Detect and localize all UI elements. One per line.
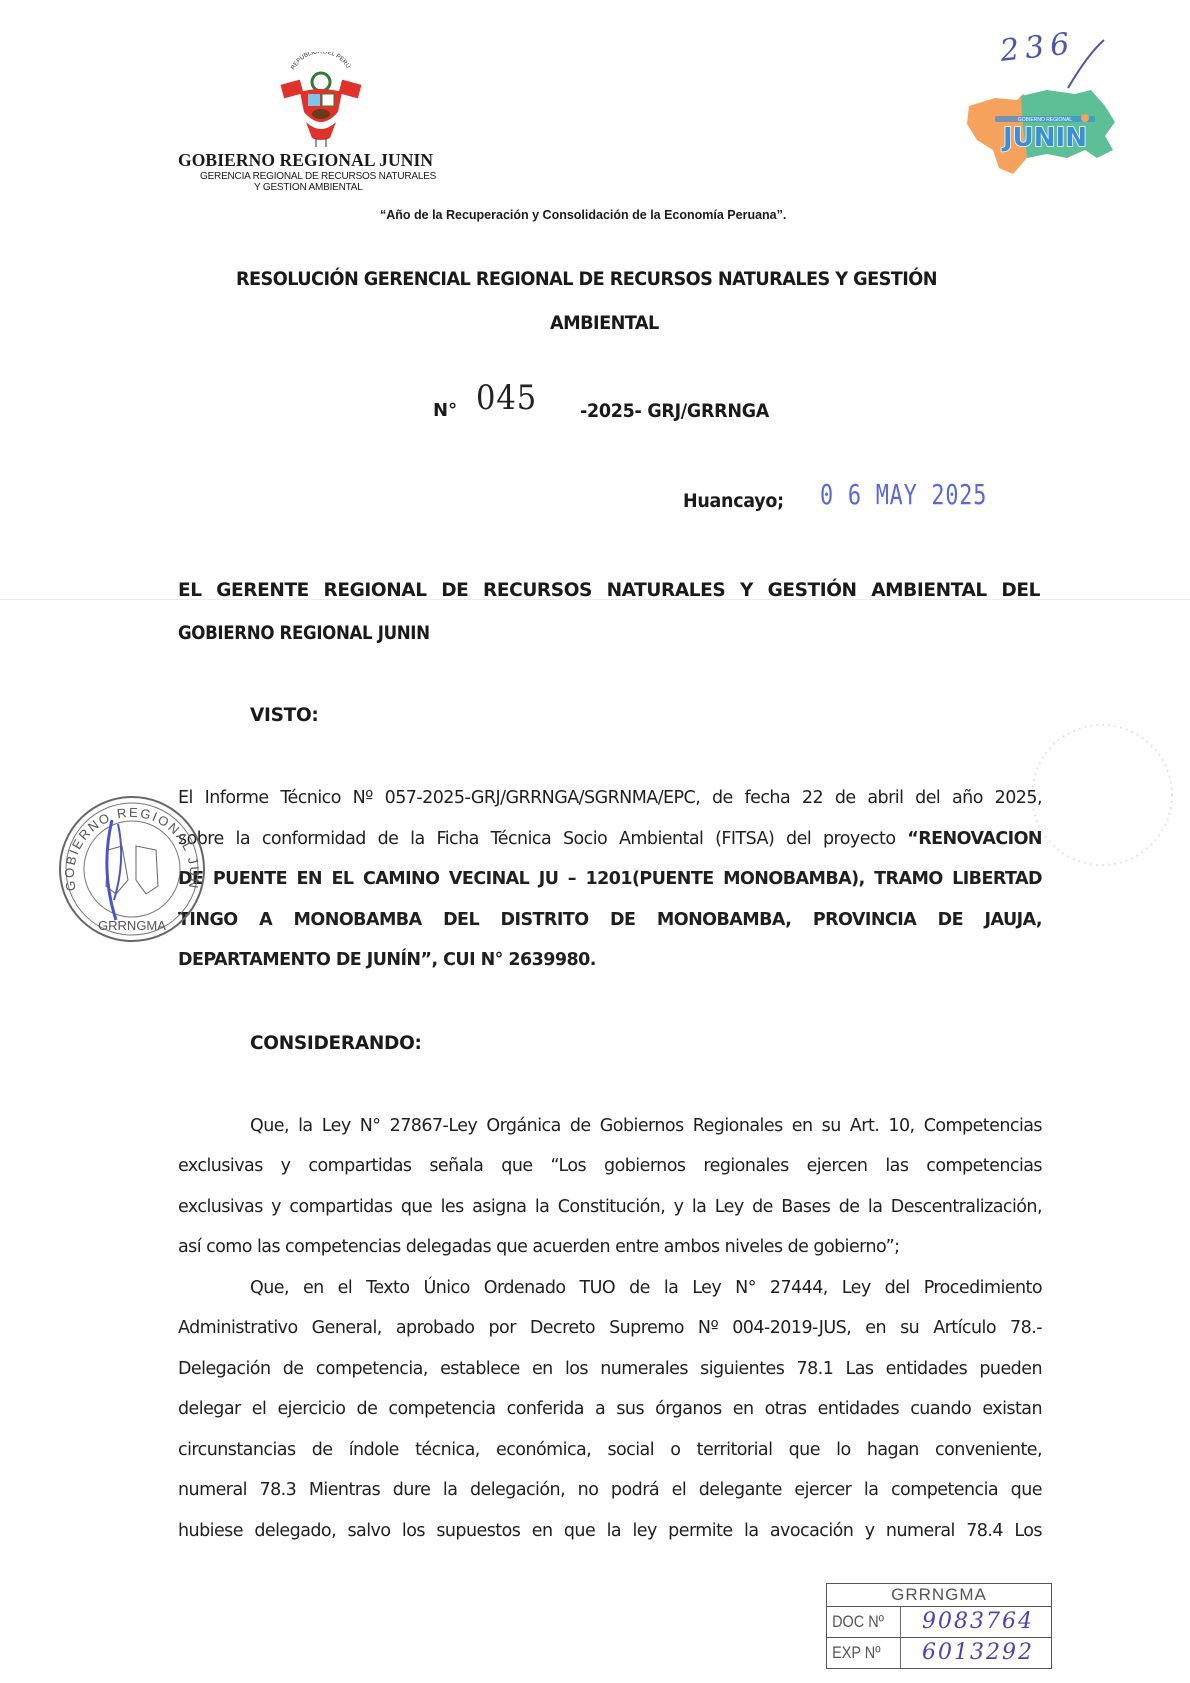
document-title-line2: AMBIENTAL bbox=[550, 312, 659, 334]
svg-text:REPÚBLICA DEL PERÚ: REPÚBLICA DEL PERÚ bbox=[290, 52, 351, 71]
issue-city: Huancayo; bbox=[683, 490, 784, 512]
project-name: TINGO A MONOBAMBA DEL DISTRITO DE MONOBA… bbox=[178, 910, 1042, 930]
visto-line: sobre la conformidad de la Ficha Técnica… bbox=[178, 829, 1042, 849]
issuer-line1: EL GERENTE REGIONAL DE RECURSOS NATURALE… bbox=[178, 580, 1040, 601]
paragraph-line: Que, en el Texto Único Ordenado TUO de l… bbox=[250, 1278, 1042, 1298]
paragraph-line: Que, la Ley N° 27867-Ley Orgánica de Gob… bbox=[250, 1116, 1042, 1136]
visto-line: DE PUENTE EN EL CAMINO VECINAL JU – 1201… bbox=[178, 869, 1042, 889]
paragraph-line: delegar el ejercicio de competencia conf… bbox=[178, 1399, 1042, 1419]
handwritten-slash-icon bbox=[1060, 34, 1110, 94]
document-registry-stamp: GRRNGMA DOC Nº 9083764 EXP Nº 6013292 bbox=[826, 1583, 1052, 1669]
date-stamp: 0 6 MAY 2025 bbox=[820, 478, 987, 511]
resolution-number: 045 bbox=[476, 378, 537, 418]
stamp-header: GRRNGMA bbox=[827, 1584, 1051, 1607]
seal-bottom-text: GRRNGMA bbox=[98, 918, 166, 933]
visto-heading: VISTO: bbox=[250, 705, 318, 726]
paragraph-line: Administrativo General, aprobado por Dec… bbox=[178, 1318, 1042, 1338]
org-name: GOBIERNO REGIONAL JUNIN bbox=[178, 150, 446, 171]
logo-text: JUNIN bbox=[1001, 123, 1087, 153]
year-motto: “Año de la Recuperación y Consolidación … bbox=[380, 208, 786, 222]
paragraph-line: numeral 78.3 Mientras dure la delegación… bbox=[178, 1480, 1042, 1500]
issuer-line2: GOBIERNO REGIONAL JUNIN bbox=[178, 623, 430, 644]
document-title-line1: RESOLUCIÓN GERENCIAL REGIONAL DE RECURSO… bbox=[236, 268, 937, 290]
visto-line: El Informe Técnico Nº 057-2025-GRJ/GRRNG… bbox=[178, 788, 1042, 808]
project-name: DE PUENTE EN EL CAMINO VECINAL JU – 1201… bbox=[178, 869, 1042, 889]
visto-text: El Informe Técnico Nº 057-2025-GRJ/GRRNG… bbox=[178, 788, 1042, 808]
visto-line: TINGO A MONOBAMBA DEL DISTRITO DE MONOBA… bbox=[178, 910, 1042, 930]
svg-text:GOBIERNO REGIONAL JUNÍN: GOBIERNO REGIONAL JUNÍN bbox=[56, 790, 202, 892]
faint-seal-impression bbox=[1022, 715, 1182, 875]
stamp-row-doc: DOC Nº 9083764 bbox=[827, 1607, 1051, 1638]
official-seal: GOBIERNO REGIONAL JUNÍN GRRNGMA bbox=[56, 790, 208, 948]
paragraph-line: exclusivas y compartidas que les asigna … bbox=[178, 1197, 1042, 1217]
visto-line: DEPARTAMENTO DE JUNÍN”, CUI N° 2639980. bbox=[178, 950, 1042, 970]
org-subtitle-line1: GERENCIA REGIONAL DE RECURSOS NATURALES bbox=[200, 171, 436, 182]
junin-region-logo: GOBIERNO REGIONAL JUNIN bbox=[965, 88, 1117, 184]
visto-text: sobre la conformidad de la Ficha Técnica… bbox=[178, 829, 907, 849]
doc-number-label: DOC Nº bbox=[827, 1607, 901, 1637]
paragraph-line: exclusivas y compartidas señala que “Los… bbox=[178, 1156, 1042, 1176]
resolution-number-label: N° bbox=[433, 400, 457, 421]
crest-caption: REPÚBLICA DEL PERÚ bbox=[290, 52, 351, 71]
paragraph-line: así como las competencias delegadas que … bbox=[178, 1237, 1042, 1257]
exp-number-label: EXP Nº bbox=[827, 1638, 901, 1668]
peru-coat-of-arms: REPÚBLICA DEL PERÚ bbox=[278, 52, 364, 148]
stamp-row-exp: EXP Nº 6013292 bbox=[827, 1638, 1051, 1668]
doc-number-value: 9083764 bbox=[914, 1607, 1051, 1637]
paragraph-line: hubiese delegado, salvo los supuestos en… bbox=[178, 1521, 1042, 1541]
exp-number-value: 6013292 bbox=[914, 1638, 1051, 1668]
project-name-end: DEPARTAMENTO DE JUNÍN”, CUI N° 2639980. bbox=[178, 950, 596, 970]
considerando-heading: CONSIDERANDO: bbox=[250, 1033, 422, 1054]
paragraph-line: Delegación de competencia, establece en … bbox=[178, 1359, 1042, 1379]
paragraph-line: circunstancias de índole técnica, económ… bbox=[178, 1440, 1042, 1460]
org-subtitle-line2: Y GESTION AMBIENTAL bbox=[254, 182, 363, 193]
resolution-number-suffix: -2025- GRJ/GRRNGA bbox=[580, 400, 769, 422]
seal-ring-text: GOBIERNO REGIONAL JUNÍN bbox=[56, 790, 202, 892]
